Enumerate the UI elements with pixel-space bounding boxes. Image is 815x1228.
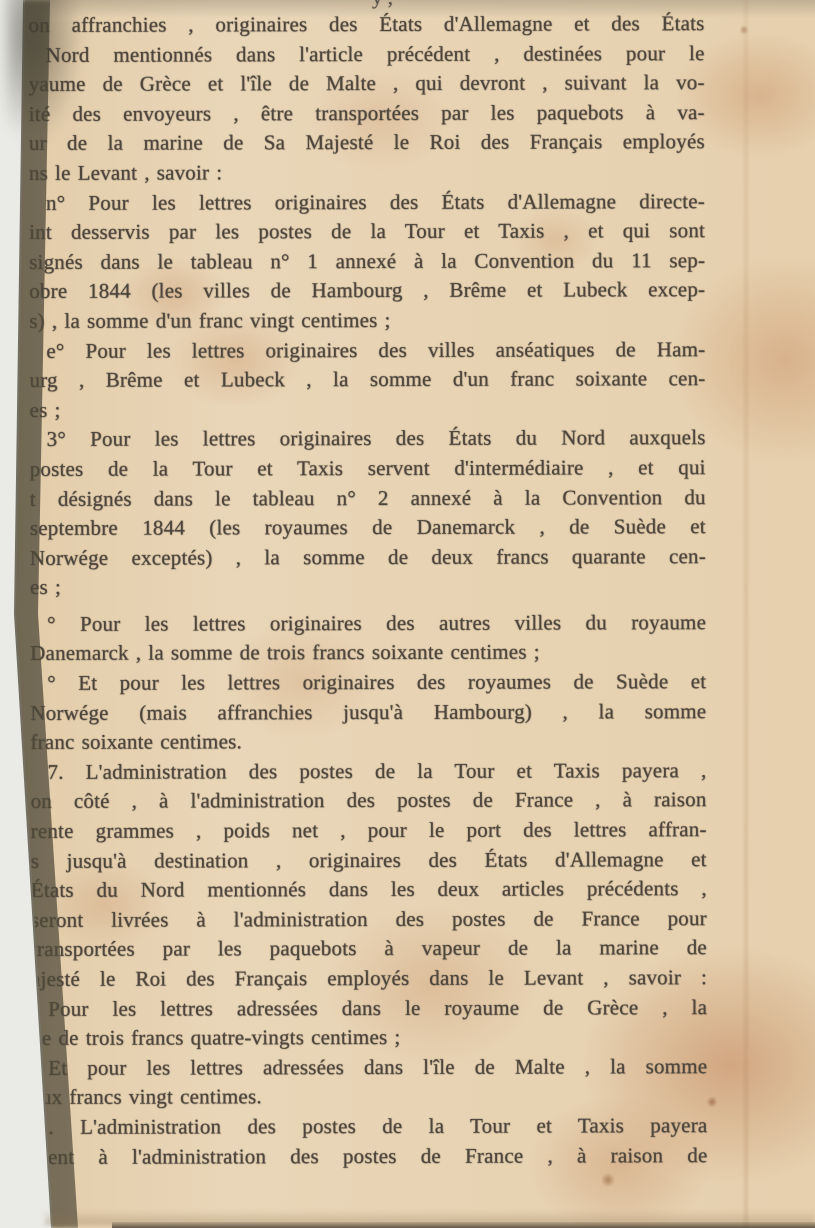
text-line: transportées par les paquebots à vapeur … bbox=[31, 934, 707, 965]
text-line: t désignés dans le tableau n° 2 annexé à… bbox=[30, 483, 706, 514]
text-line: ne de trois francs quatre-vingts centime… bbox=[31, 1022, 707, 1053]
scanned-document-page: y , on affranchies , originaires des Éta… bbox=[0, 0, 815, 1228]
text-line: ur de la marine de Sa Majesté le Roi des… bbox=[29, 127, 705, 158]
text-line: on côté , à l'administration des postes … bbox=[31, 786, 707, 817]
text-line: signés dans le tableau n° 1 annexé à la … bbox=[29, 246, 705, 277]
text-line: e° Pour les lettres originaires des vill… bbox=[29, 335, 705, 366]
text-line: es ; bbox=[29, 394, 705, 425]
text-line: ns le Levant , savoir : bbox=[29, 157, 705, 188]
text-line: Norwége (mais affranchies jusqu'à Hambou… bbox=[30, 697, 706, 728]
body-text: on affranchies , originaires des États d… bbox=[28, 9, 707, 1172]
text-line: Danemarck , la somme de trois francs soi… bbox=[30, 638, 706, 669]
text-line: on affranchies , originaires des États d… bbox=[28, 9, 704, 40]
text-line: seront livrées à l'administration des po… bbox=[31, 904, 707, 935]
text-line: n° Pour les lettres originaires des État… bbox=[29, 187, 705, 218]
text-line: yaume de Grèce et l'île de Malte , qui d… bbox=[29, 68, 705, 99]
text-line: 7. L'administration des postes de la Tou… bbox=[30, 756, 706, 787]
text-line: États du Nord mentionnés dans les deux a… bbox=[31, 874, 707, 905]
text-line: 3° Pour les lettres originaires des État… bbox=[30, 423, 706, 454]
clipped-header-fragment: y , bbox=[372, 0, 393, 7]
text-line: Nord mentionnés dans l'article précédent… bbox=[29, 39, 705, 70]
text-line: septembre 1844 (les royaumes de Danemarc… bbox=[30, 512, 706, 543]
text-line: int desservis par les postes de la Tour … bbox=[29, 216, 705, 247]
gutter-top-shadow bbox=[6, 0, 84, 145]
text-line: urg , Brême et Lubeck , la somme d'un fr… bbox=[29, 364, 705, 395]
text-line: ajesté le Roi des Français employés dans… bbox=[31, 963, 707, 994]
text-line: s) , la somme d'un franc vingt centimes … bbox=[29, 305, 705, 336]
text-line: franc soixante centimes. bbox=[30, 726, 706, 757]
text-line: eux francs vingt centimes. bbox=[31, 1081, 707, 1112]
text-line: ité des envoyeurs , être transportées pa… bbox=[29, 98, 705, 129]
text-line: Pour les lettres adressées dans le royau… bbox=[31, 993, 707, 1024]
text-line: s jusqu'à destination , originaires des … bbox=[31, 845, 707, 876]
text-line: es ; bbox=[30, 571, 706, 602]
text-line: ° Et pour les lettres originaires des ro… bbox=[30, 667, 706, 698]
bottom-edge-band bbox=[112, 1222, 815, 1228]
paper-crease bbox=[744, 0, 748, 1228]
text-line: postes de la Tour et Taxis servent d'int… bbox=[30, 453, 706, 484]
text-line: obre 1844 (les villes de Hambourg , Brêm… bbox=[29, 275, 705, 306]
text-line: rente grammes , poids net , pour le port… bbox=[31, 815, 707, 846]
text-line: ment à l'administration des postes de Fr… bbox=[31, 1141, 707, 1172]
text-line: Norwége exceptés) , la somme de deux fra… bbox=[30, 542, 706, 573]
text-line: ° Pour les lettres originaires des autre… bbox=[30, 608, 706, 639]
text-line: . L'administration des postes de la Tour… bbox=[31, 1111, 707, 1142]
text-line: Et pour les lettres adressées dans l'île… bbox=[31, 1052, 707, 1083]
